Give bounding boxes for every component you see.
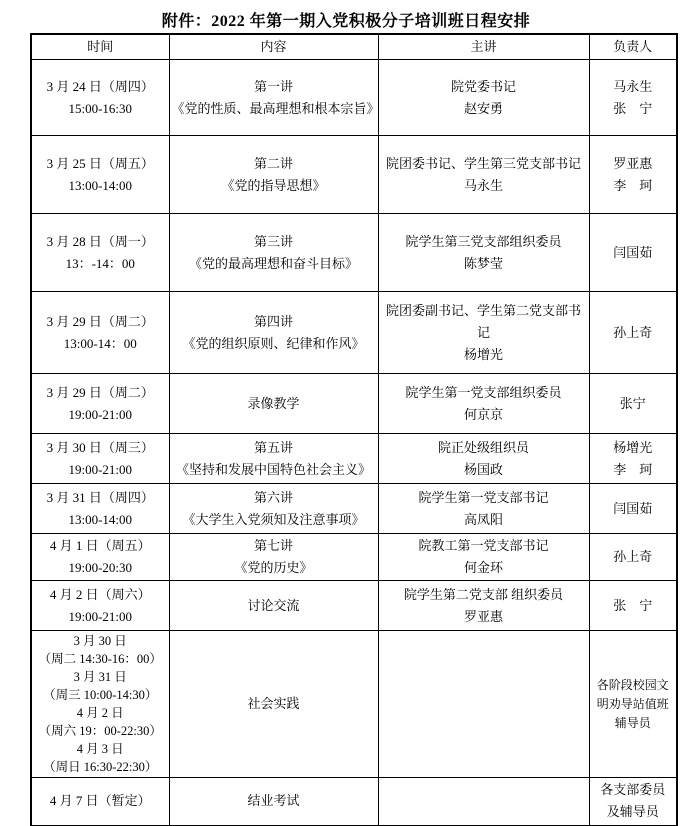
cell-speaker: 院教工第一党支部书记 何金环 xyxy=(378,534,589,581)
cell-time: 4 月 7 日（暂定） xyxy=(31,778,169,826)
column-header-responsible: 负责人 xyxy=(589,34,677,60)
cell-content: 第一讲 《党的性质、最高理想和根本宗旨》 xyxy=(169,60,378,136)
cell-time: 3 月 30 日 （周二 14:30-16：00） 3 月 31 日 （周三 1… xyxy=(31,631,169,778)
table-row: 3 月 24 日（周四） 15:00-16:30第一讲 《党的性质、最高理想和根… xyxy=(31,60,677,136)
cell-responsible: 孙上奇 xyxy=(589,292,677,374)
cell-content: 讨论交流 xyxy=(169,581,378,631)
table-row: 4 月 2 日（周六） 19:00-21:00讨论交流院学生第二党支部 组织委员… xyxy=(31,581,677,631)
column-header-content: 内容 xyxy=(169,34,378,60)
cell-time: 3 月 31 日（周四） 13:00-14:00 xyxy=(31,484,169,534)
cell-time: 3 月 25 日（周五） 13:00-14:00 xyxy=(31,136,169,214)
cell-responsible: 闫国茹 xyxy=(589,484,677,534)
table-row: 3 月 28 日（周一） 13：-14：00第三讲 《党的最高理想和奋斗目标》院… xyxy=(31,214,677,292)
cell-content: 录像教学 xyxy=(169,374,378,434)
cell-content: 第四讲 《党的组织原则、纪律和作风》 xyxy=(169,292,378,374)
cell-speaker xyxy=(378,631,589,778)
cell-content: 第五讲 《坚持和发展中国特色社会主义》 xyxy=(169,434,378,484)
cell-speaker: 院学生第一党支部书记 高凤阳 xyxy=(378,484,589,534)
cell-speaker: 院团委书记、学生第三党支部书记 马永生 xyxy=(378,136,589,214)
table-row: 4 月 7 日（暂定）结业考试各支部委员 及辅导员 xyxy=(31,778,677,826)
cell-responsible: 各支部委员 及辅导员 xyxy=(589,778,677,826)
page-title: 附件：2022 年第一期入党积极分子培训班日程安排 xyxy=(0,8,692,31)
table-row: 4 月 1 日（周五） 19:00-20:30第七讲 《党的历史》院教工第一党支… xyxy=(31,534,677,581)
cell-content: 社会实践 xyxy=(169,631,378,778)
table-row: 3 月 31 日（周四） 13:00-14:00第六讲 《大学生入党须知及注意事… xyxy=(31,484,677,534)
cell-time: 3 月 29 日（周二） 19:00-21:00 xyxy=(31,374,169,434)
table-row: 3 月 30 日（周三） 19:00-21:00第五讲 《坚持和发展中国特色社会… xyxy=(31,434,677,484)
cell-speaker: 院正处级组织员 杨国政 xyxy=(378,434,589,484)
cell-time: 3 月 30 日（周三） 19:00-21:00 xyxy=(31,434,169,484)
table-header-row: 时间 内容 主讲 负责人 xyxy=(31,34,677,60)
schedule-table: 时间 内容 主讲 负责人 3 月 24 日（周四） 15:00-16:30第一讲… xyxy=(30,33,678,826)
cell-responsible: 罗亚惠 李 珂 xyxy=(589,136,677,214)
document-page: 附件：2022 年第一期入党积极分子培训班日程安排 时间 内容 主讲 负责人 3… xyxy=(0,0,692,826)
column-header-time: 时间 xyxy=(31,34,169,60)
cell-content: 第二讲 《党的指导思想》 xyxy=(169,136,378,214)
cell-responsible: 张宁 xyxy=(589,374,677,434)
cell-speaker xyxy=(378,778,589,826)
cell-time: 4 月 2 日（周六） 19:00-21:00 xyxy=(31,581,169,631)
cell-speaker: 院团委副书记、学生第二党支部书记 杨增光 xyxy=(378,292,589,374)
cell-time: 3 月 29 日（周二） 13:00-14：00 xyxy=(31,292,169,374)
cell-content: 第七讲 《党的历史》 xyxy=(169,534,378,581)
table-row: 3 月 29 日（周二） 13:00-14：00第四讲 《党的组织原则、纪律和作… xyxy=(31,292,677,374)
cell-responsible: 张 宁 xyxy=(589,581,677,631)
cell-speaker: 院学生第三党支部组织委员 陈梦莹 xyxy=(378,214,589,292)
table-row: 3 月 25 日（周五） 13:00-14:00第二讲 《党的指导思想》院团委书… xyxy=(31,136,677,214)
cell-responsible: 孙上奇 xyxy=(589,534,677,581)
column-header-speaker: 主讲 xyxy=(378,34,589,60)
cell-speaker: 院学生第一党支部组织委员 何京京 xyxy=(378,374,589,434)
cell-content: 第三讲 《党的最高理想和奋斗目标》 xyxy=(169,214,378,292)
cell-responsible: 杨增光 李 珂 xyxy=(589,434,677,484)
cell-responsible: 马永生 张 宁 xyxy=(589,60,677,136)
cell-time: 3 月 28 日（周一） 13：-14：00 xyxy=(31,214,169,292)
table-row: 3 月 29 日（周二） 19:00-21:00录像教学院学生第一党支部组织委员… xyxy=(31,374,677,434)
cell-time: 3 月 24 日（周四） 15:00-16:30 xyxy=(31,60,169,136)
cell-content: 第六讲 《大学生入党须知及注意事项》 xyxy=(169,484,378,534)
cell-speaker: 院党委书记 赵安勇 xyxy=(378,60,589,136)
cell-speaker: 院学生第二党支部 组织委员 罗亚惠 xyxy=(378,581,589,631)
cell-content: 结业考试 xyxy=(169,778,378,826)
cell-responsible: 各阶段校园文明劝导站值班辅导员 xyxy=(589,631,677,778)
cell-time: 4 月 1 日（周五） 19:00-20:30 xyxy=(31,534,169,581)
schedule-table-body: 3 月 24 日（周四） 15:00-16:30第一讲 《党的性质、最高理想和根… xyxy=(31,60,677,826)
cell-responsible: 闫国茹 xyxy=(589,214,677,292)
table-row: 3 月 30 日 （周二 14:30-16：00） 3 月 31 日 （周三 1… xyxy=(31,631,677,778)
